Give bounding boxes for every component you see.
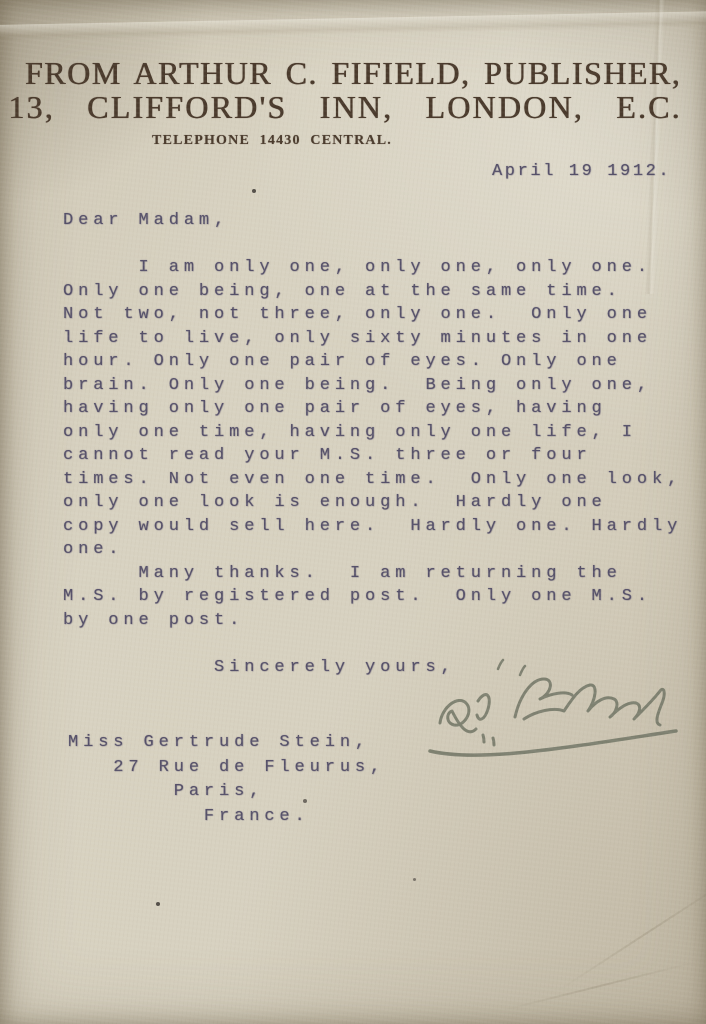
paper-speck [303,799,307,803]
paper-speck [156,902,160,906]
letter-body: Dear Madam, I am only one, only one, onl… [63,209,682,679]
letterhead-publisher-line: FROM ARTHUR C. FIFIELD, PUBLISHER, [0,55,706,92]
signature-handwritten [420,655,690,775]
paper-speck [252,189,256,193]
letterhead-telephone-line: TELEPHONE 14430 CENTRAL. [0,133,544,149]
paper-crease-bottom-right [557,870,706,991]
signature-surname-scrawl [515,679,664,725]
letter-paper: FROM ARTHUR C. FIFIELD, PUBLISHER, 13, C… [0,0,706,1024]
date-line: April 19 1912. [492,162,671,181]
letterhead-address-line: 13, CLIFFORD'S INN, LONDON, E.C. [0,89,690,126]
paper-crease-top [0,11,706,41]
recipient-address: Miss Gertrude Stein, 27 Rue de Fleurus, … [68,731,385,829]
signature-scrawl [440,695,494,745]
paper-crease-bottom-right-2 [503,961,698,1011]
signature-underline [430,731,676,755]
pen-tick-icon [498,660,525,675]
paper-speck [413,878,416,881]
